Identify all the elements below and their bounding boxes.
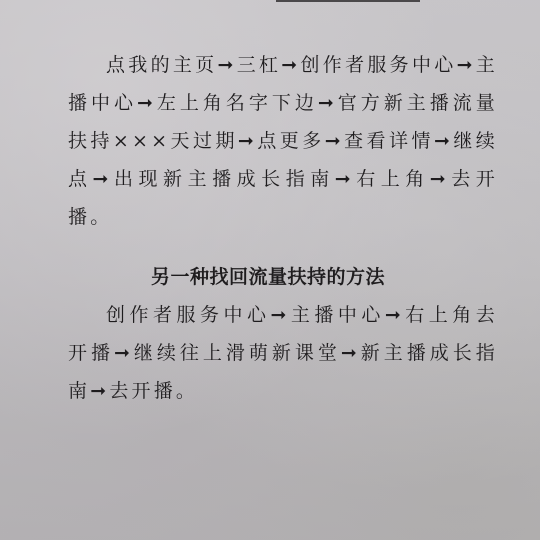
printed-page: 点我的主页➞三杠➞创作者服务中心➞主播中心➞左上角名字下边➞官方新主播流量扶持×… (68, 46, 498, 410)
top-divider-line (276, 0, 420, 2)
section-heading: 另一种找回流量扶持的方法 (68, 264, 498, 290)
instructions-paragraph-2: 创作者服务中心➞主播中心➞右上角去开播➞继续往上滑萌新课堂➞新主播成长指南➞去开… (68, 296, 498, 410)
instructions-paragraph-1: 点我的主页➞三杠➞创作者服务中心➞主播中心➞左上角名字下边➞官方新主播流量扶持×… (68, 46, 498, 236)
